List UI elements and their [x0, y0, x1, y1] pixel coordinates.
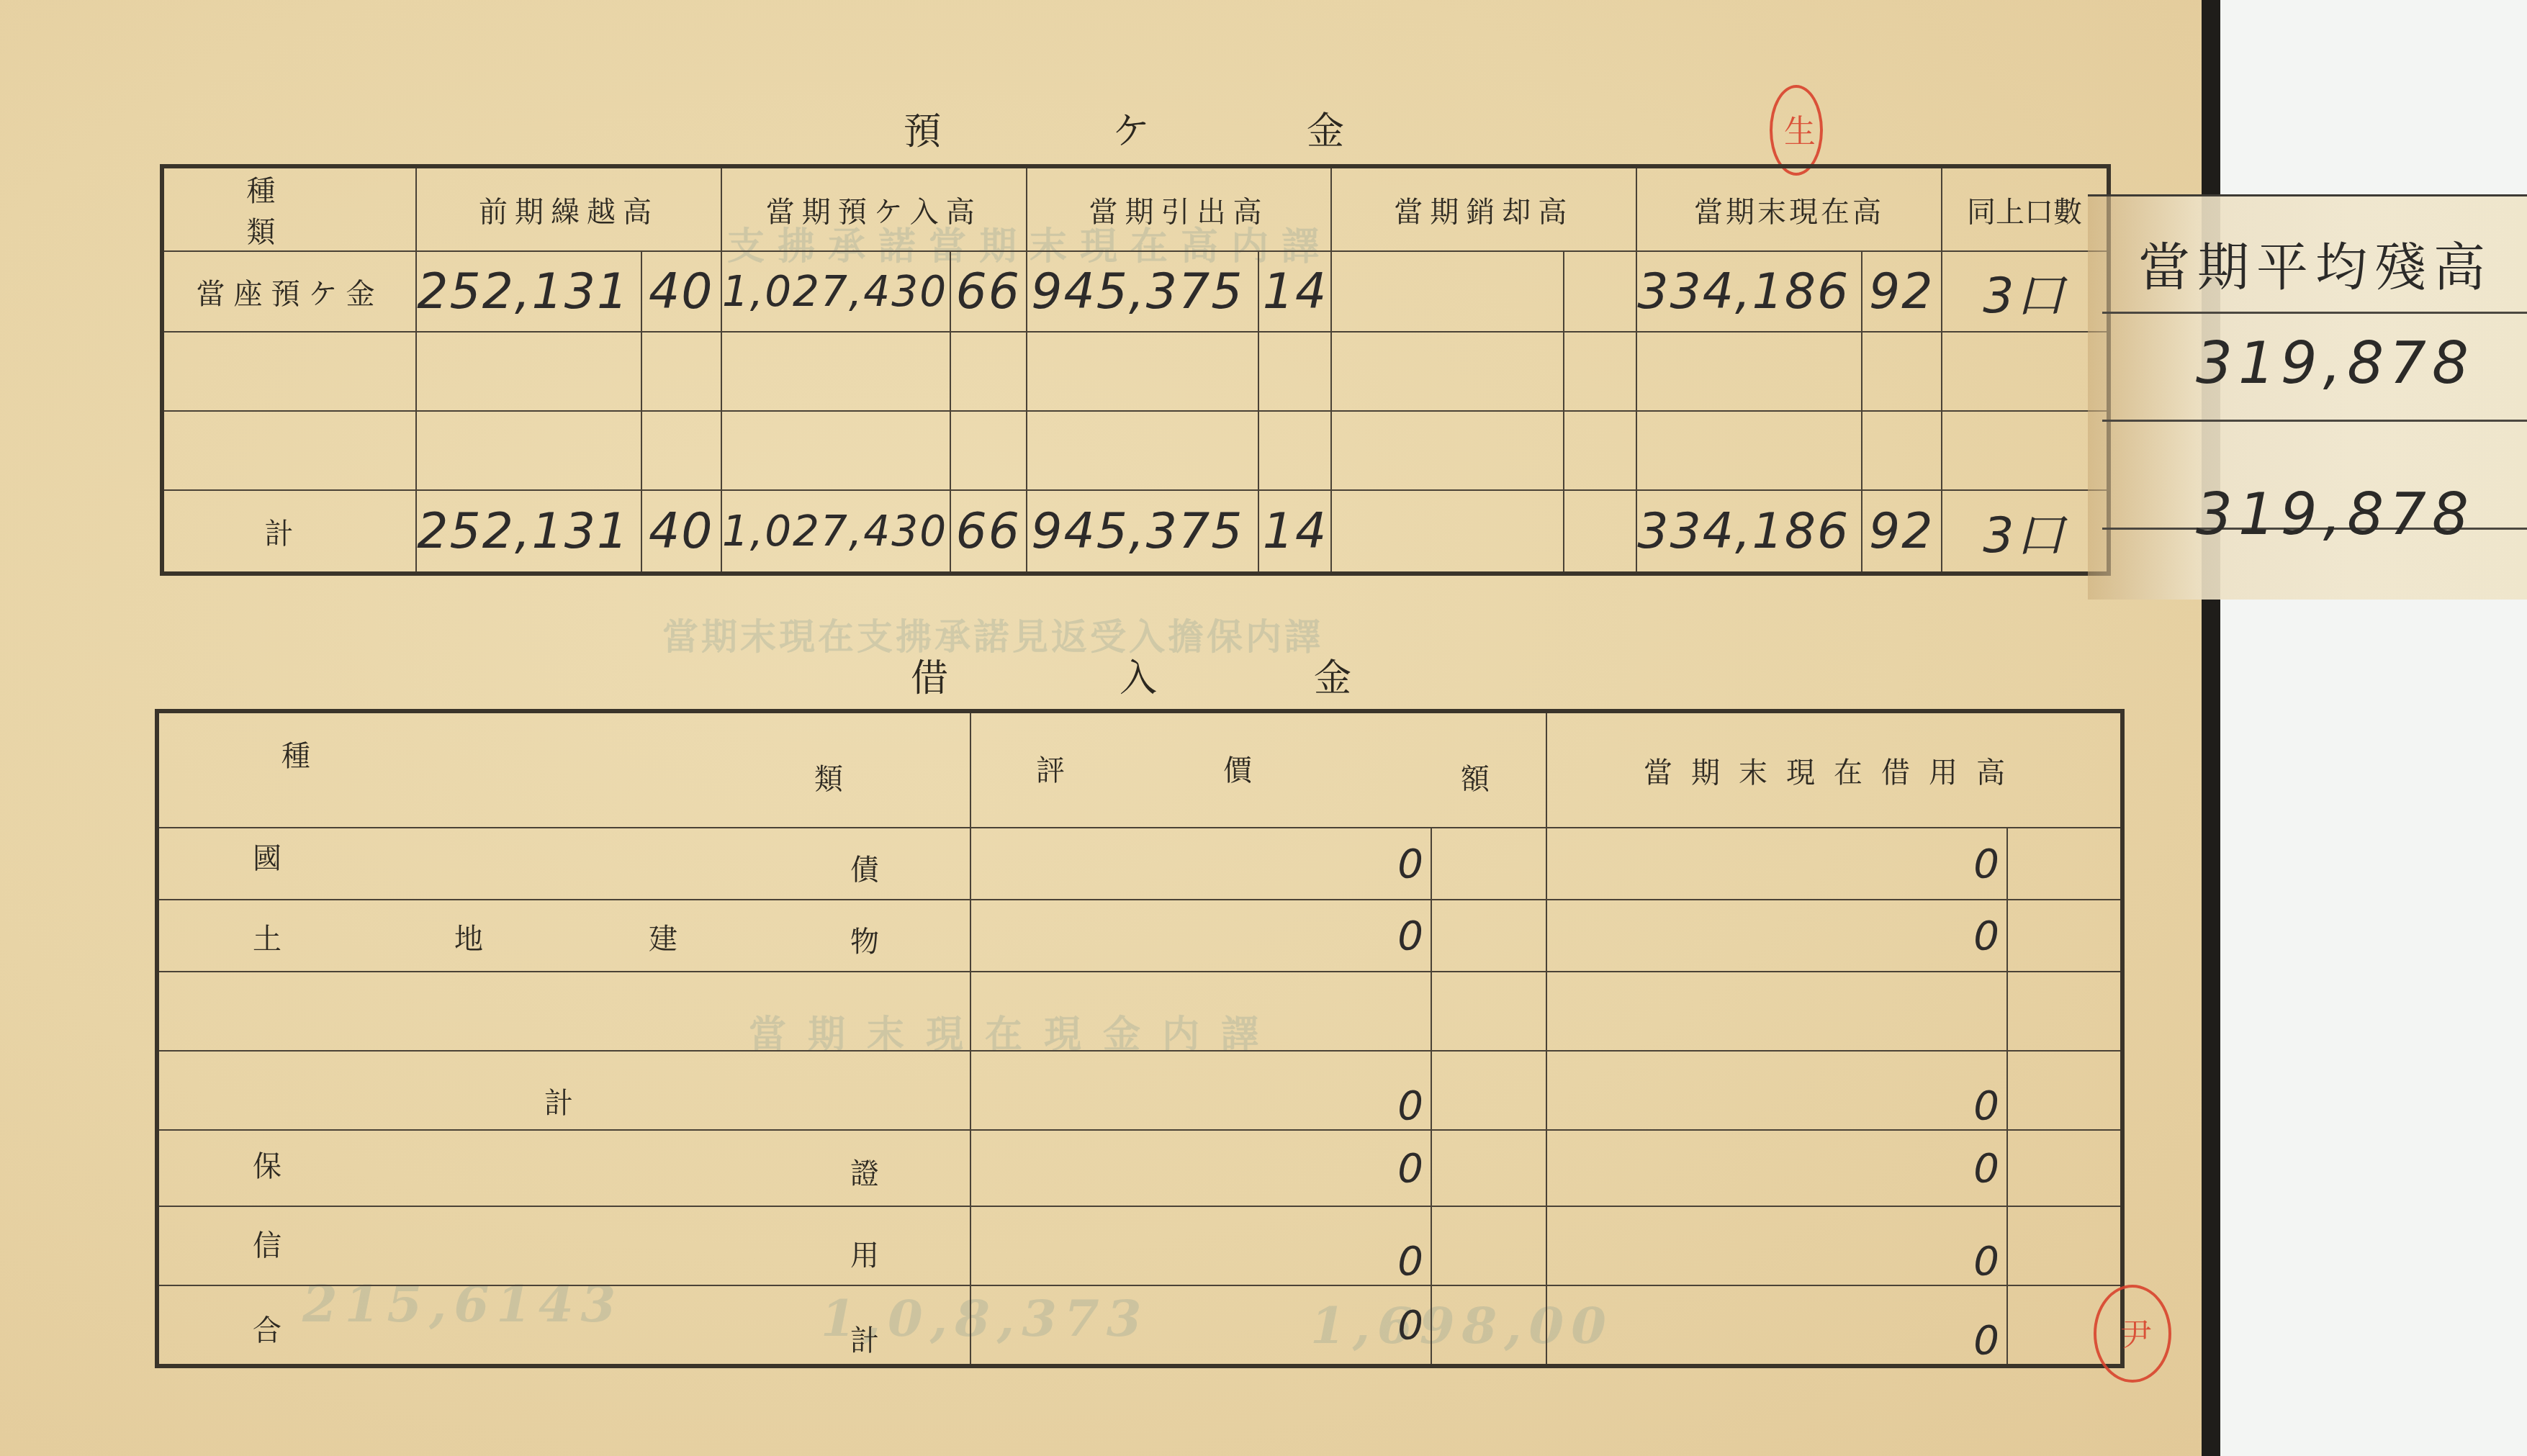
cell — [1331, 332, 1564, 411]
header-period-end: 當期末現在高 — [1636, 166, 1942, 251]
slip-value: 319,878 — [2196, 481, 2474, 548]
borrowings-title-char: 金 — [1314, 648, 1351, 702]
written-off-yen — [1331, 251, 1564, 332]
total-written-off-yen — [1331, 490, 1564, 574]
header-accounts: 同上口數 — [1942, 166, 2109, 251]
row-label: 合 計 — [157, 1285, 970, 1366]
borrowings-table: 種 類 評 價 額 當期末現在借用高 國 債 0 0 土 地 建 物 0 0 — [155, 709, 2125, 1368]
cell — [1564, 332, 1636, 411]
cell — [950, 411, 1027, 490]
borrowed-value: 0 — [1546, 900, 2007, 972]
cell — [950, 332, 1027, 411]
deposited-sen: 66 — [950, 251, 1027, 332]
header-written-off: 當期銷却高 — [1331, 166, 1636, 251]
header-prev-carry: 前期繰越高 — [416, 166, 721, 251]
valuation-value: 0 — [970, 900, 1431, 972]
row-label: 計 — [157, 1051, 970, 1130]
deposits-title: 預 ケ 金 — [904, 101, 1364, 151]
row-label-char: 國 — [253, 836, 281, 877]
deposits-total-row: 計 252,131 40 1,027,430 66 945,375 14 334… — [162, 490, 2109, 574]
borrowed-sen — [2007, 900, 2122, 972]
valuation-sen — [1431, 900, 1546, 972]
row-label-char: 計 — [544, 1080, 573, 1121]
total-withdrawn-sen: 14 — [1258, 490, 1331, 574]
deposits-title-char: 預 — [904, 101, 941, 155]
row-label-char: 地 — [454, 916, 483, 957]
borrowings-row: 國 債 0 0 — [157, 828, 2122, 900]
row-label-char: 信 — [253, 1223, 281, 1264]
borrowed-value: 0 — [1546, 1130, 2007, 1206]
deposits-table: 種 類 前期繰越高 當期預ケ入高 當期引出高 當期銷却高 當期末現在高 同上口數… — [160, 164, 2111, 576]
cell — [1636, 332, 1862, 411]
total-label: 計 — [162, 490, 416, 574]
valuation-sen — [1431, 828, 1546, 900]
header-valuation-char: 評 — [1036, 748, 1065, 789]
withdrawn-sen: 14 — [1258, 251, 1331, 332]
borrowed-value: 0 — [1546, 1285, 2007, 1366]
borrowings-row — [157, 972, 2122, 1051]
valuation-sen — [1431, 1285, 1546, 1366]
borrowings-row: 保 證 0 0 — [157, 1130, 2122, 1206]
cell — [1564, 411, 1636, 490]
borrowed-sen — [2007, 1051, 2122, 1130]
valuation-value: 0 — [970, 828, 1431, 900]
cell — [1331, 411, 1564, 490]
borrowed-sen — [2007, 1206, 2122, 1285]
header-valuation-char: 價 — [1223, 748, 1252, 789]
row-label: 信 用 — [157, 1206, 970, 1285]
cell — [721, 332, 950, 411]
total-withdrawn-yen: 945,375 — [1027, 490, 1259, 574]
total-deposited-yen: 1,027,430 — [721, 490, 950, 574]
cell — [1027, 411, 1259, 490]
valuation-sen — [1431, 1130, 1546, 1206]
header-type-left: 種 — [281, 733, 310, 774]
slip-value: 319,878 — [2196, 330, 2474, 397]
row-label-char: 建 — [649, 916, 677, 957]
borrowings-row: 信 用 0 0 — [157, 1206, 2122, 1285]
header-period-end-borrowed: 當期末現在借用高 — [1546, 711, 2122, 828]
accounts-count: 3口 — [1942, 251, 2109, 332]
valuation-value: 0 — [970, 1130, 1431, 1206]
borrowed-value: 0 — [1546, 1051, 2007, 1130]
cell — [641, 332, 721, 411]
borrowed-value: 0 — [1546, 828, 2007, 900]
row-label — [157, 972, 970, 1051]
row-label: 當座預ケ金 — [162, 251, 416, 332]
deposits-title-char: 金 — [1307, 101, 1344, 155]
borrowings-title-char: 入 — [1120, 648, 1157, 702]
header-valuation: 評 價 額 — [970, 711, 1546, 828]
total-prev-carry-yen: 252,131 — [416, 490, 641, 574]
row-label-char: 用 — [850, 1233, 879, 1274]
total-written-off-sen — [1564, 490, 1636, 574]
row-label: 國 債 — [157, 828, 970, 900]
period-end-sen: 92 — [1862, 251, 1942, 332]
deposits-row — [162, 332, 2109, 411]
header-valuation-char: 額 — [1461, 756, 1490, 797]
cell — [641, 411, 721, 490]
row-label-char: 物 — [850, 919, 879, 960]
row-label-char: 證 — [850, 1151, 879, 1192]
valuation-value: 0 — [970, 1285, 1431, 1366]
borrowed-sen — [2007, 1130, 2122, 1206]
deposits-row — [162, 411, 2109, 490]
row-label-char: 合 — [253, 1308, 281, 1349]
row-label: 保 證 — [157, 1130, 970, 1206]
borrowings-row: 土 地 建 物 0 0 — [157, 900, 2122, 972]
withdrawn-yen: 945,375 — [1027, 251, 1259, 332]
deposits-row: 當座預ケ金 252,131 40 1,027,430 66 945,375 14… — [162, 251, 2109, 332]
borrowings-title: 借 入 金 — [911, 648, 1371, 698]
row-label-char: 計 — [850, 1318, 879, 1359]
header-type-right: 類 — [814, 756, 843, 797]
seal-stamp-top: 生 — [1770, 85, 1823, 176]
slip-header: 當期平均殘高 — [2138, 225, 2492, 300]
cell — [1942, 332, 2109, 411]
prev-carry-sen: 40 — [641, 251, 721, 332]
total-prev-carry-sen: 40 — [641, 490, 721, 574]
borrowed-value — [1546, 972, 2007, 1051]
cell — [1862, 332, 1942, 411]
valuation-value — [970, 972, 1431, 1051]
cell — [1636, 411, 1862, 490]
valuation-value: 0 — [970, 1051, 1431, 1130]
header-withdrawn: 當期引出高 — [1027, 166, 1332, 251]
attached-average-balance-slip: 當期平均殘高 319,878 319,878 — [2088, 194, 2527, 600]
deposits-title-char: ケ — [1112, 101, 1150, 155]
period-end-yen: 334,186 — [1636, 251, 1862, 332]
total-accounts-count: 3口 — [1942, 490, 2109, 574]
deposits-header-row: 種 類 前期繰越高 當期預ケ入高 當期引出高 當期銷却高 當期末現在高 同上口數 — [162, 166, 2109, 251]
prev-carry-yen: 252,131 — [416, 251, 641, 332]
written-off-sen — [1564, 251, 1636, 332]
borrowings-subtotal-row: 計 0 0 — [157, 1051, 2122, 1130]
cell — [1862, 411, 1942, 490]
borrowings-total-row: 合 計 0 0 — [157, 1285, 2122, 1366]
borrowed-sen — [2007, 972, 2122, 1051]
row-label: 土 地 建 物 — [157, 900, 970, 972]
cell — [416, 411, 641, 490]
row-label-char: 債 — [850, 847, 879, 888]
cell — [1258, 332, 1331, 411]
row-label — [162, 332, 416, 411]
valuation-sen — [1431, 972, 1546, 1051]
row-label — [162, 411, 416, 490]
valuation-sen — [1431, 1206, 1546, 1285]
cell — [1942, 411, 2109, 490]
borrowings-title-char: 借 — [911, 648, 948, 702]
cell — [1027, 332, 1259, 411]
valuation-sen — [1431, 1051, 1546, 1130]
total-period-end-yen: 334,186 — [1636, 490, 1862, 574]
row-label-char: 保 — [253, 1144, 281, 1185]
row-label-char: 土 — [253, 916, 281, 957]
header-type: 種 類 — [157, 711, 970, 828]
borrowings-header-row: 種 類 評 價 額 當期末現在借用高 — [157, 711, 2122, 828]
total-period-end-sen: 92 — [1862, 490, 1942, 574]
seal-stamp-bottom: 尹 — [2094, 1285, 2171, 1383]
total-deposited-sen: 66 — [950, 490, 1027, 574]
borrowed-sen — [2007, 828, 2122, 900]
cell — [416, 332, 641, 411]
cell — [721, 411, 950, 490]
deposited-yen: 1,027,430 — [721, 251, 950, 332]
valuation-value: 0 — [970, 1206, 1431, 1285]
borrowed-value: 0 — [1546, 1206, 2007, 1285]
header-deposited: 當期預ケ入高 — [721, 166, 1027, 251]
cell — [1258, 411, 1331, 490]
header-type: 種 類 — [162, 166, 416, 251]
